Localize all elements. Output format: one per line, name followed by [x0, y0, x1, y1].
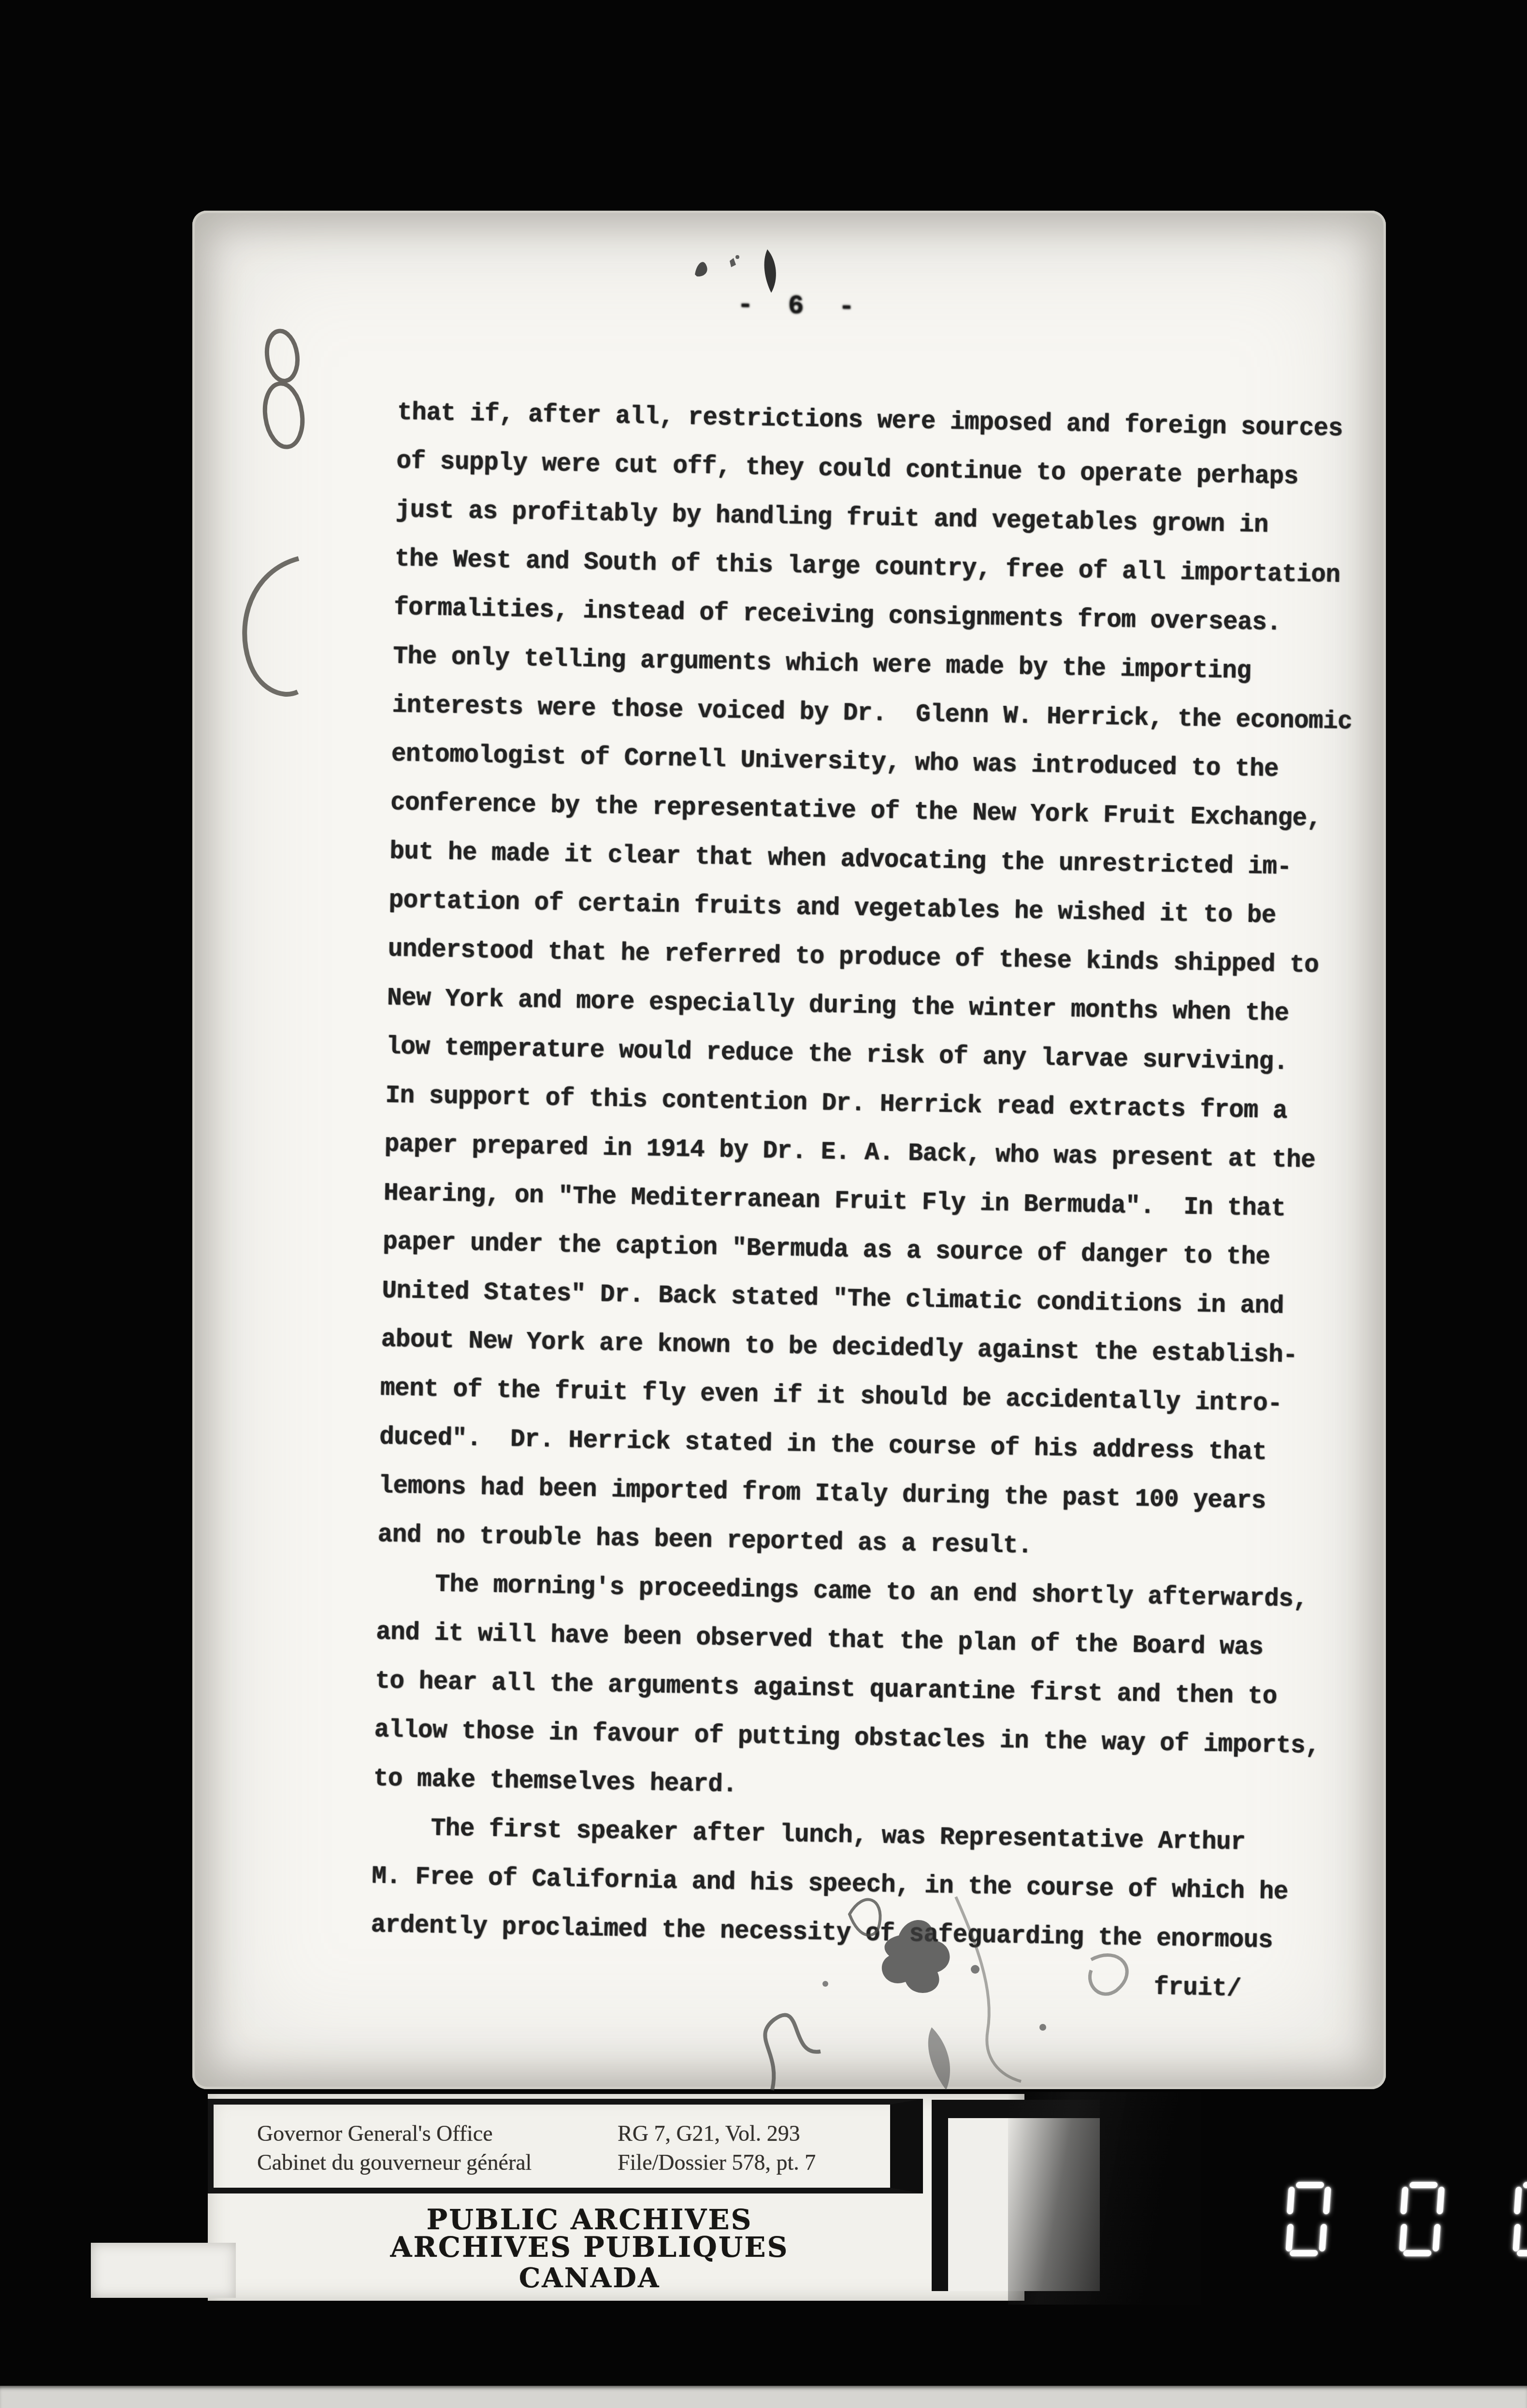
stamp-office-names: Governor General's Office Cabinet du gou… — [257, 2119, 600, 2179]
stamp-file-line: File/Dossier 578, pt. 7 — [618, 2148, 879, 2177]
document-page: - 6 - that if, after all, restrictions w… — [192, 211, 1386, 2089]
counter-digit — [1284, 2182, 1332, 2256]
archive-stamp-box: Governor General's Office Cabinet du gou… — [208, 2099, 923, 2193]
digit-segment — [1523, 2182, 1527, 2188]
digit-segment — [1287, 2187, 1295, 2214]
pencil-oval-mark — [222, 549, 324, 708]
digit-segment — [1323, 2187, 1331, 2214]
digit-segment — [1296, 2182, 1324, 2188]
digit-segment — [1285, 2224, 1294, 2251]
digit-segment — [1437, 2187, 1445, 2214]
stamp-office-en: Governor General's Office — [257, 2119, 600, 2148]
ink-smudge — [705, 1868, 1168, 2100]
digit-segment — [1432, 2224, 1441, 2251]
microfilm-scan: - 6 - that if, after all, restrictions w… — [0, 0, 1527, 2408]
archives-title-canada: CANADA — [208, 2265, 971, 2292]
archives-imprint: PUBLIC ARCHIVES ARCHIVES PUBLIQUES CANAD… — [208, 2206, 971, 2292]
archives-title-fr: ARCHIVES PUBLIQUES — [208, 2234, 971, 2261]
archives-title-en: PUBLIC ARCHIVES — [208, 2206, 971, 2234]
digit-segment — [1319, 2224, 1327, 2251]
digit-segment — [1514, 2187, 1522, 2214]
counter-digit — [1397, 2182, 1445, 2256]
digit-segment — [1400, 2187, 1409, 2214]
stamp-reference: RG 7, G21, Vol. 293 File/Dossier 578, pt… — [618, 2119, 879, 2179]
digit-segment — [1513, 2224, 1521, 2251]
stamp-rg-line: RG 7, G21, Vol. 293 — [618, 2119, 879, 2148]
digit-segment — [1403, 2250, 1432, 2256]
digit-segment — [1399, 2224, 1407, 2251]
digit-segment — [1409, 2182, 1438, 2188]
counter-digit — [1511, 2182, 1527, 2256]
digit-segment — [1517, 2250, 1527, 2256]
pencil-eight-mark — [249, 323, 327, 458]
page-number: - 6 - — [737, 291, 864, 323]
stamp-card: Governor General's Office Cabinet du gou… — [208, 2094, 1024, 2301]
film-edge-strip — [0, 2386, 1527, 2408]
digit-segment — [1290, 2250, 1318, 2256]
stamp-office-fr: Cabinet du gouverneur général — [257, 2148, 600, 2177]
stamp-card-edge — [91, 2243, 236, 2298]
typed-lines: that if, after all, restrictions were im… — [370, 388, 1371, 2016]
frame-shadow — [1008, 2092, 1201, 2305]
